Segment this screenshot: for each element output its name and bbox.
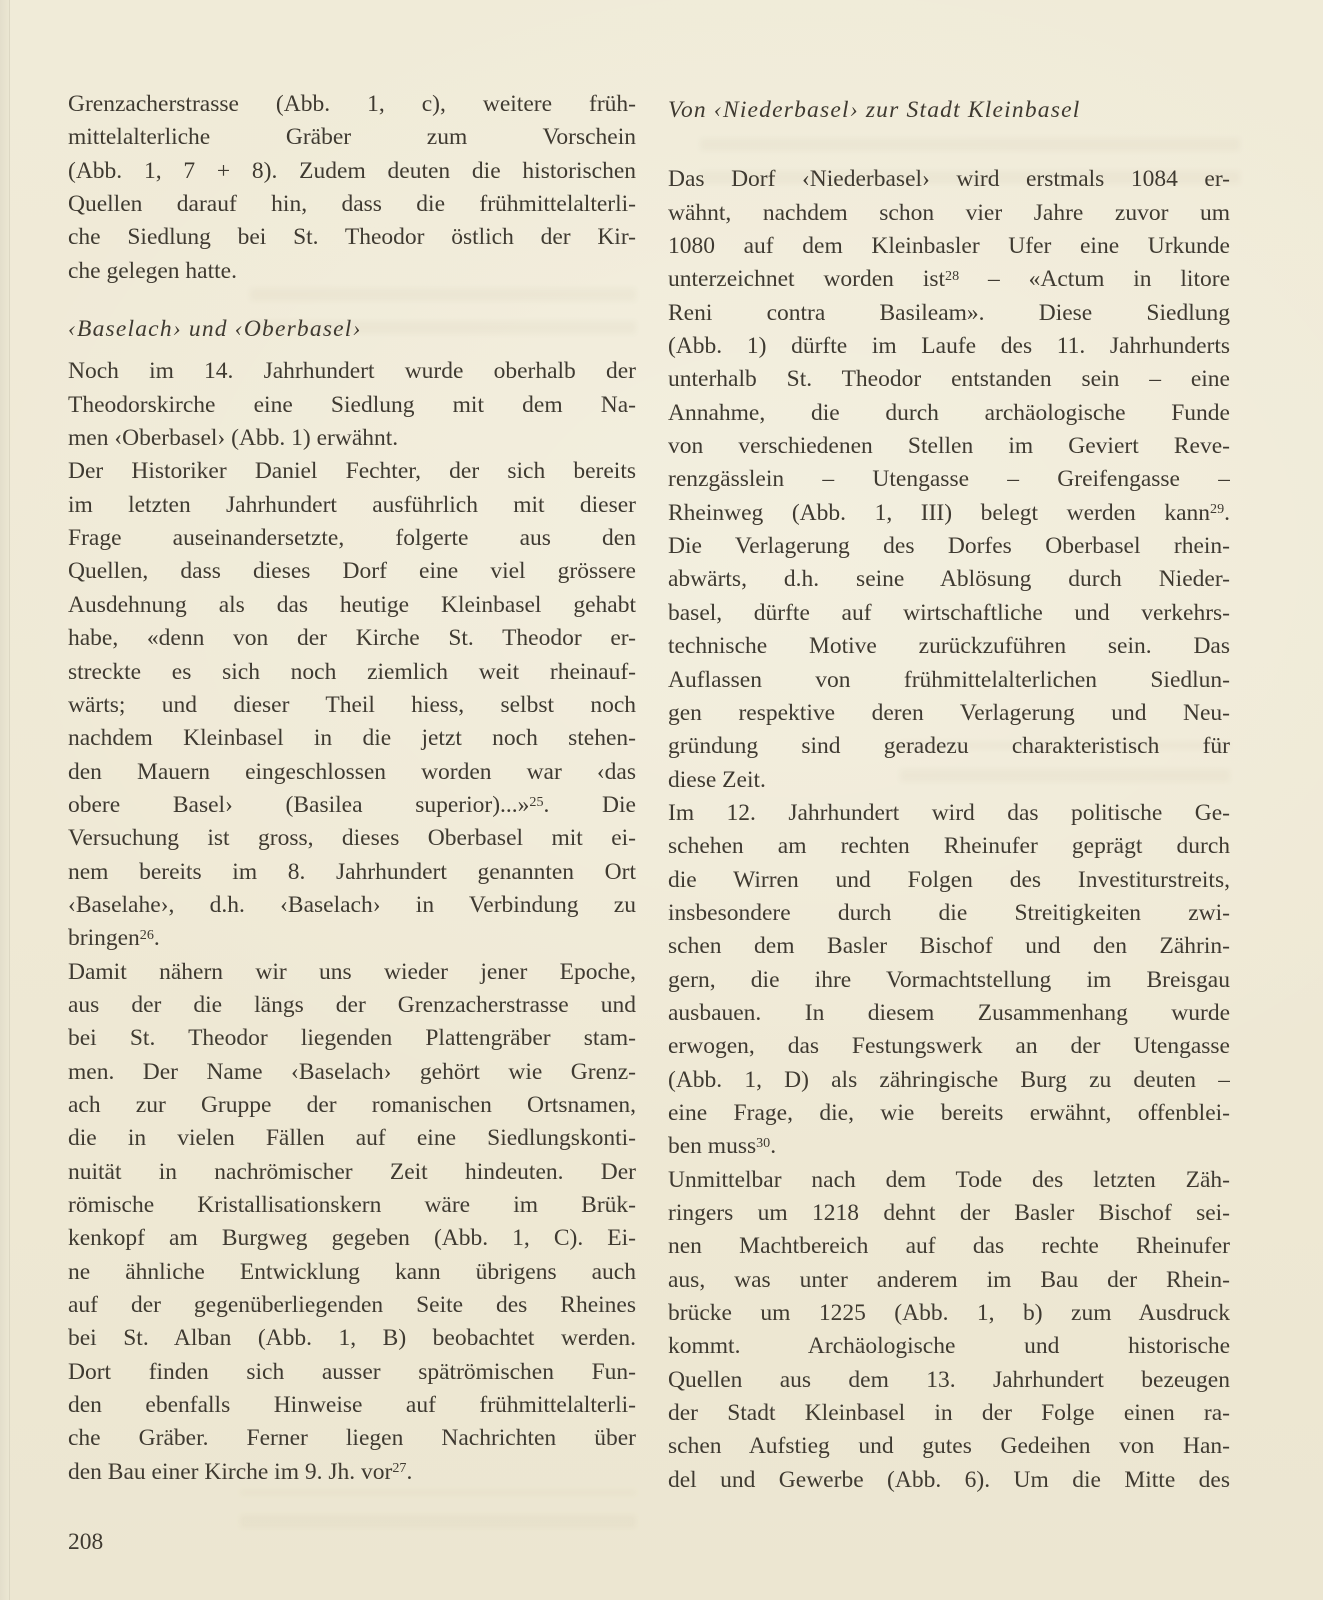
text-line: brücke um 1225 (Abb. 1, b) zum Ausdruck	[668, 1297, 1230, 1330]
text-line: Quellen, dass dieses Dorf eine viel grös…	[68, 555, 636, 588]
text-line: ringers um 1218 dehnt der Basler Bischof…	[668, 1197, 1230, 1230]
footnote-reference: 27	[392, 1460, 406, 1476]
text-line: Grenzacherstrasse (Abb. 1, c), weitere f…	[68, 88, 636, 121]
paragraph: Unmittelbar nach dem Tode des letzten Zä…	[668, 1164, 1230, 1497]
text-line: erwogen, das Festungswerk an der Utengas…	[668, 1030, 1230, 1063]
text-line: wärts; und dieser Theil hiess, selbst no…	[68, 689, 636, 722]
text-line: den Bau einer Kirche im 9. Jh. vor27.	[68, 1456, 636, 1489]
text-line: Rheinweg (Abb. 1, III) belegt werden kan…	[668, 497, 1230, 530]
text-line: obere Basel› (Basilea superior)...»25. D…	[68, 789, 636, 822]
text-line: Das Dorf ‹Niederbasel› wird erstmals 108…	[668, 163, 1230, 196]
text-line: ‹Baselahe›, d.h. ‹Baselach› in Verbindun…	[68, 889, 636, 922]
section-heading: ‹Baselach› und ‹Oberbasel›	[68, 313, 636, 346]
text-line: wähnt, nachdem schon vier Jahre zuvor um	[668, 197, 1230, 230]
text-line: schen Aufstieg und gutes Gedeihen von Ha…	[668, 1430, 1230, 1463]
text-line: ach zur Gruppe der romanischen Ortsnamen…	[68, 1089, 636, 1122]
text-line: der Stadt Kleinbasel in der Folge einen …	[668, 1397, 1230, 1430]
text-line: auf der gegenüberliegenden Seite des Rhe…	[68, 1289, 636, 1322]
text-line: men ‹Oberbasel› (Abb. 1) erwähnt.	[68, 422, 636, 455]
text-line: Quellen aus dem 13. Jahrhundert bezeugen	[668, 1364, 1230, 1397]
text-line: del und Gewerbe (Abb. 6). Um die Mitte d…	[668, 1464, 1230, 1497]
footnote-reference: 29	[1210, 501, 1224, 517]
text-line: von verschiedenen Stellen im Geviert Rev…	[668, 430, 1230, 463]
text-line: kenkopf am Burgweg gegeben (Abb. 1, C). …	[68, 1222, 636, 1255]
text-line: unterhalb St. Theodor entstanden sein – …	[668, 363, 1230, 396]
left-text-column: Grenzacherstrasse (Abb. 1, c), weitere f…	[68, 88, 636, 1489]
text-line: (Abb. 1) dürfte im Laufe des 11. Jahrhun…	[668, 330, 1230, 363]
text-line: insbesondere durch die Streitigkeiten zw…	[668, 897, 1230, 930]
text-line: nen Machtbereich auf das rechte Rheinufe…	[668, 1230, 1230, 1263]
text-line: Annahme, die durch archäologische Funde	[668, 397, 1230, 430]
text-line: ben muss30.	[668, 1130, 1230, 1163]
text-line: bringen26.	[68, 922, 636, 955]
text-line: Damit nähern wir uns wieder jener Epoche…	[68, 956, 636, 989]
text-line: basel, dürfte auf wirtschaftliche und ve…	[668, 597, 1230, 630]
right-text-column: Von ‹Niederbasel› zur Stadt KleinbaselDa…	[668, 88, 1230, 1497]
text-line: nachdem Kleinbasel in die jetzt noch ste…	[68, 722, 636, 755]
text-line: aus der die längs der Grenzacherstrasse …	[68, 989, 636, 1022]
text-line: renzgässlein – Utengasse – Greifengasse …	[668, 463, 1230, 496]
text-line: bei St. Theodor liegenden Plattengräber …	[68, 1022, 636, 1055]
text-line: nuität in nachrömischer Zeit hindeuten. …	[68, 1156, 636, 1189]
text-line: Der Historiker Daniel Fechter, der sich …	[68, 455, 636, 488]
text-line: streckte es sich noch ziemlich weit rhei…	[68, 656, 636, 689]
text-line: schehen am rechten Rheinufer geprägt dur…	[668, 830, 1230, 863]
text-line: habe, «denn von der Kirche St. Theodor e…	[68, 622, 636, 655]
text-line: im letzten Jahrhundert ausführlich mit d…	[68, 489, 636, 522]
text-line: (Abb. 1, 7 + 8). Zudem deuten die histor…	[68, 155, 636, 188]
text-line: kommt. Archäologische und historische	[668, 1330, 1230, 1363]
text-line: (Abb. 1, D) als zähringische Burg zu deu…	[668, 1064, 1230, 1097]
text-line: die in vielen Fällen auf eine Siedlungsk…	[68, 1122, 636, 1155]
text-line: Die Verlagerung des Dorfes Oberbasel rhe…	[668, 530, 1230, 563]
footnote-reference: 26	[140, 927, 154, 943]
paragraph: Grenzacherstrasse (Abb. 1, c), weitere f…	[68, 88, 636, 288]
text-line: Auflassen von frühmittelalterlichen Sied…	[668, 664, 1230, 697]
text-line: nem bereits im 8. Jahrhundert genannten …	[68, 856, 636, 889]
text-line: ‹Baselach› und ‹Oberbasel›	[68, 313, 636, 346]
text-line: Unmittelbar nach dem Tode des letzten Zä…	[668, 1164, 1230, 1197]
footnote-reference: 25	[529, 794, 543, 810]
text-line: Frage auseinandersetzte, folgerte aus de…	[68, 522, 636, 555]
text-line: abwärts, d.h. seine Ablösung durch Niede…	[668, 563, 1230, 596]
text-line: die Wirren und Folgen des Investiturstre…	[668, 864, 1230, 897]
text-line: che gelegen hatte.	[68, 255, 636, 288]
text-line: ausbauen. In diesem Zusammenhang wurde	[668, 997, 1230, 1030]
paragraph: Damit nähern wir uns wieder jener Epoche…	[68, 956, 636, 1490]
text-line: den Mauern eingeschlossen worden war ‹da…	[68, 756, 636, 789]
text-line: unterzeichnet worden ist28 – «Actum in l…	[668, 263, 1230, 296]
text-line: gründung sind geradezu charakteristisch …	[668, 730, 1230, 763]
text-line: gern, die ihre Vormachtstellung im Breis…	[668, 964, 1230, 997]
text-line: bei St. Alban (Abb. 1, B) beobachtet wer…	[68, 1322, 636, 1355]
page-edge-shadow	[0, 0, 10, 1600]
text-line: Theodorskirche eine Siedlung mit dem Na-	[68, 389, 636, 422]
text-line: Versuchung ist gross, dieses Oberbasel m…	[68, 822, 636, 855]
paragraph: Im 12. Jahrhundert wird das politische G…	[668, 797, 1230, 1164]
text-line: den ebenfalls Hinweise auf frühmittelalt…	[68, 1389, 636, 1422]
paragraph: Noch im 14. Jahrhundert wurde oberhalb d…	[68, 355, 636, 455]
text-line: Von ‹Niederbasel› zur Stadt Kleinbasel	[668, 94, 1230, 127]
scanned-book-page: Grenzacherstrasse (Abb. 1, c), weitere f…	[0, 0, 1323, 1600]
text-line: ne ähnliche Entwicklung kann übrigens au…	[68, 1256, 636, 1289]
text-line: eine Frage, die, wie bereits erwähnt, of…	[668, 1097, 1230, 1130]
text-line: gen respektive deren Verlagerung und Neu…	[668, 697, 1230, 730]
text-line: römische Kristallisationskern wäre im Br…	[68, 1189, 636, 1222]
section-heading: Von ‹Niederbasel› zur Stadt Kleinbasel	[668, 94, 1230, 127]
text-line: che Gräber. Ferner liegen Nachrichten üb…	[68, 1422, 636, 1455]
text-line: 1080 auf dem Kleinbasler Ufer eine Urkun…	[668, 230, 1230, 263]
text-line: Ausdehnung als das heutige Kleinbasel ge…	[68, 589, 636, 622]
text-line: men. Der Name ‹Baselach› gehört wie Gren…	[68, 1056, 636, 1089]
text-line: che Siedlung bei St. Theodor östlich der…	[68, 221, 636, 254]
text-line: schen dem Basler Bischof und den Zährin-	[668, 930, 1230, 963]
text-line: diese Zeit.	[668, 764, 1230, 797]
text-line: Reni contra Basileam». Diese Siedlung	[668, 297, 1230, 330]
text-line: Dort finden sich ausser spätrömischen Fu…	[68, 1356, 636, 1389]
text-line: Quellen darauf hin, dass die frühmittela…	[68, 188, 636, 221]
text-line: Noch im 14. Jahrhundert wurde oberhalb d…	[68, 355, 636, 388]
scan-show-through	[240, 1490, 636, 1528]
paragraph: Der Historiker Daniel Fechter, der sich …	[68, 455, 636, 955]
footnote-reference: 30	[756, 1135, 770, 1151]
text-line: mittelalterliche Gräber zum Vorschein	[68, 121, 636, 154]
text-line: aus, was unter anderem im Bau der Rhein-	[668, 1264, 1230, 1297]
paragraph: Das Dorf ‹Niederbasel› wird erstmals 108…	[668, 163, 1230, 797]
text-line: technische Motive zurückzuführen sein. D…	[668, 630, 1230, 663]
text-line: Im 12. Jahrhundert wird das politische G…	[668, 797, 1230, 830]
page-number: 208	[68, 1526, 103, 1559]
footnote-reference: 28	[945, 268, 959, 284]
